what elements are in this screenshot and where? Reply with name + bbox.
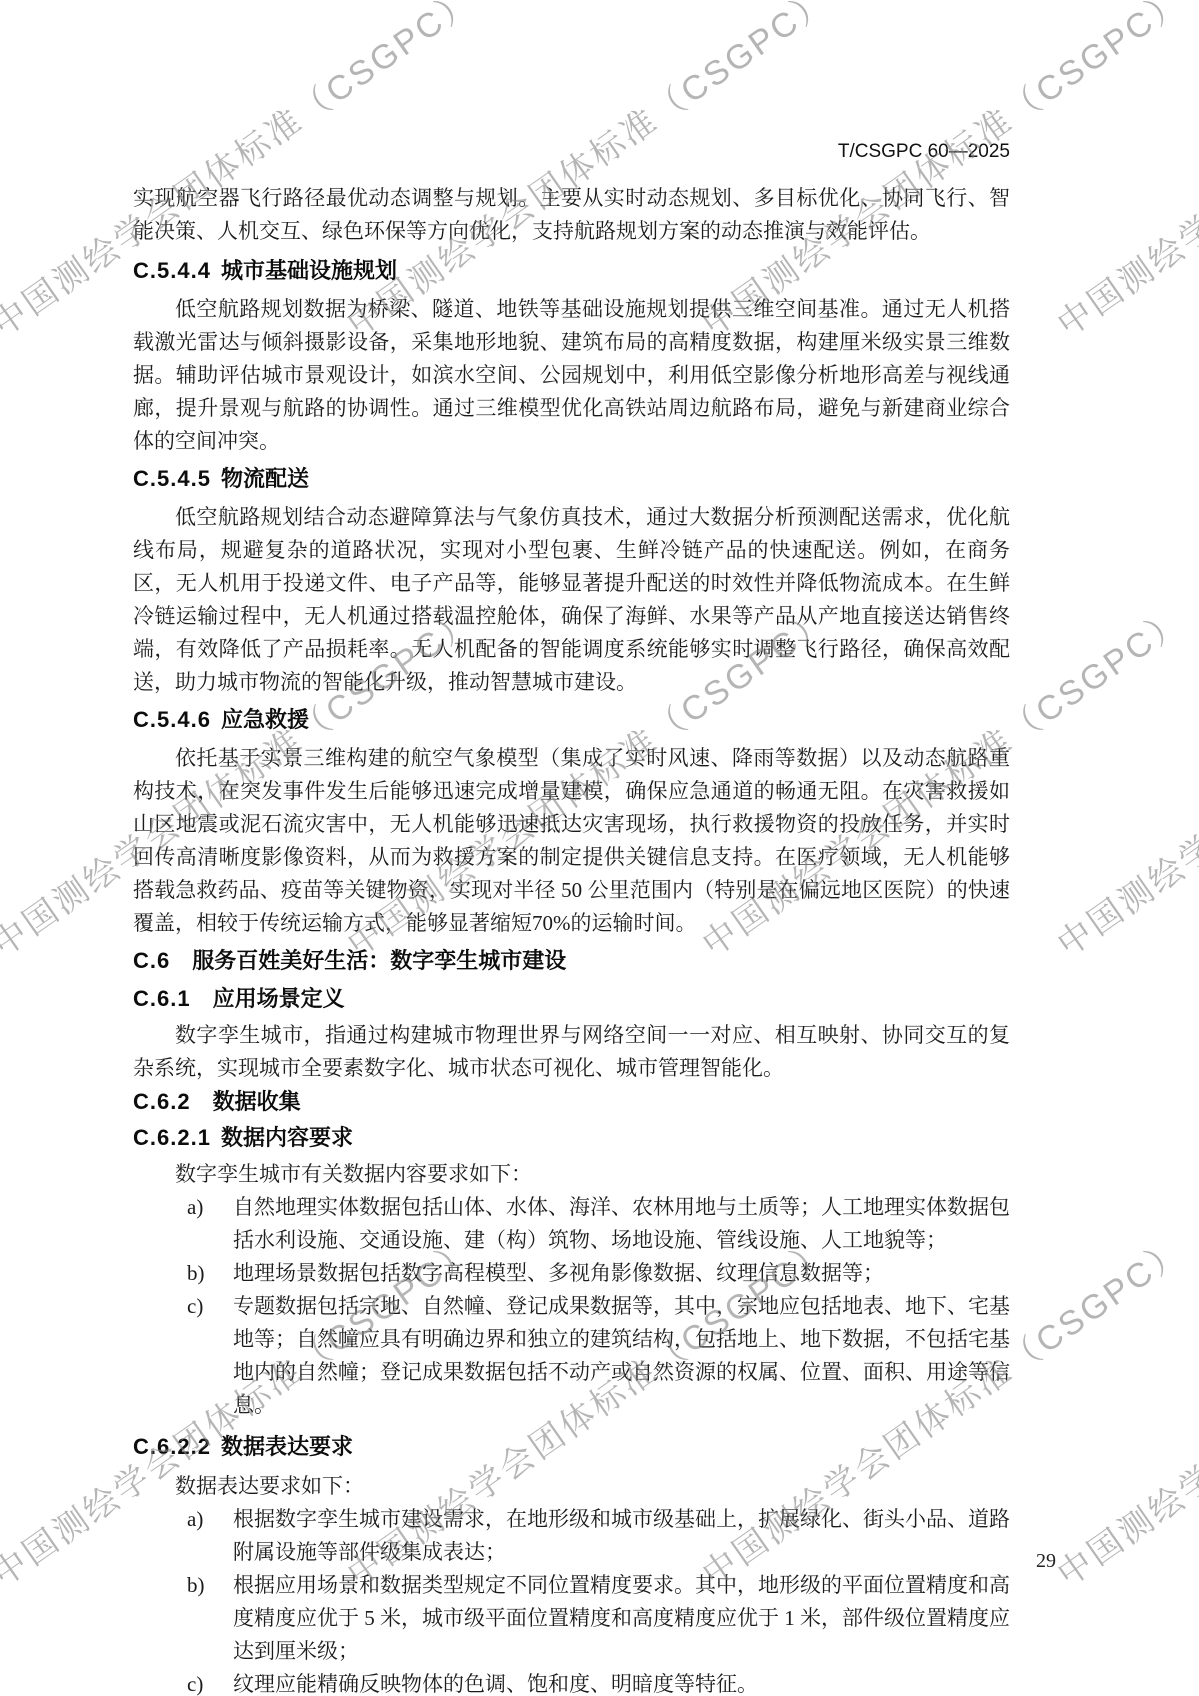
heading-c546: C.5.4.6应急救援 [133,705,1010,735]
document-code: T/CSGPC 60—2025 [133,140,1010,164]
continued-paragraph: 实现航空器飞行路径最优动态调整与规划。主要从实时动态规划、多目标优化、协同飞行、… [133,182,1010,248]
heading-title: 城市基础设施规划 [221,258,397,283]
heading-title: 数据表达要求 [221,1434,353,1459]
list-item-label: b) [187,1257,205,1290]
heading-c545: C.5.4.5物流配送 [133,464,1010,494]
heading-c622: C.6.2.2数据表达要求 [133,1432,1010,1462]
list-item-text: 地理场景数据包括数字高程模型、多视角影像数据、纹理信息数据等； [233,1261,884,1285]
list-item-text: 自然地理实体数据包括山体、水体、海洋、农林用地与土质等；人工地理实体数据包括水利… [233,1195,1010,1252]
heading-c544: C.5.4.4城市基础设施规划 [133,256,1010,286]
heading-number: C.6 [133,948,170,973]
paragraph-c545: 低空航路规划结合动态避障算法与气象仿真技术，通过大数据分析预测配送需求，优化航线… [133,501,1010,699]
heading-title: 数据内容要求 [221,1125,353,1150]
list-item: a) 根据数字孪生城市建设需求，在地形级和城市级基础上，扩展绿化、街头小品、道路… [133,1503,1010,1569]
paragraph-c61: 数字孪生城市，指通过构建城市物理世界与网络空间一一对应、相互映射、协同交互的复杂… [133,1019,1010,1085]
heading-number: C.6.2 [133,1089,191,1114]
list-c622: a) 根据数字孪生城市建设需求，在地形级和城市级基础上，扩展绿化、街头小品、道路… [133,1503,1010,1696]
heading-number: C.6.2.2 [133,1434,211,1459]
page-content: T/CSGPC 60—2025 实现航空器飞行路径最优动态调整与规划。主要从实时… [0,0,1199,1696]
heading-title: 物流配送 [221,466,309,491]
list-intro-c622: 数据表达要求如下： [133,1470,1010,1503]
paragraph-c544: 低空航路规划数据为桥梁、隧道、地铁等基础设施规划提供三维空间基准。通过无人机搭载… [133,293,1010,458]
list-item-text: 纹理应能精确反映物体的色调、饱和度、明暗度等特征。 [233,1672,758,1696]
heading-c61: C.6.1应用场景定义 [133,984,1010,1014]
heading-number: C.6.1 [133,986,191,1011]
paragraph-c546: 依托基于实景三维构建的航空气象模型（集成了实时风速、降雨等数据）以及动态航路重构… [133,742,1010,940]
list-item-label: c) [187,1290,203,1323]
list-item: b) 地理场景数据包括数字高程模型、多视角影像数据、纹理信息数据等； [133,1257,1010,1290]
heading-number: C.6.2.1 [133,1125,211,1150]
list-item-label: a) [187,1191,203,1224]
list-item-label: b) [187,1569,205,1602]
list-item: b) 根据应用场景和数据类型规定不同位置精度要求。其中，地形级的平面位置精度和高… [133,1569,1010,1668]
list-item-text: 专题数据包括宗地、自然幢、登记成果数据等，其中，宗地应包括地表、地下、宅基地等；… [233,1294,1010,1417]
list-intro-c621: 数字孪生城市有关数据内容要求如下： [133,1158,1010,1191]
list-item-text: 根据数字孪生城市建设需求，在地形级和城市级基础上，扩展绿化、街头小品、道路附属设… [233,1507,1010,1564]
heading-title: 应用场景定义 [213,986,345,1011]
list-item: c) 专题数据包括宗地、自然幢、登记成果数据等，其中，宗地应包括地表、地下、宅基… [133,1290,1010,1422]
heading-number: C.5.4.4 [133,258,211,283]
heading-number: C.5.4.5 [133,466,211,491]
document-page: 中国测绘学会团体标准（CSGPC） 中国测绘学会团体标准（CSGPC） 中国测绘… [0,0,1199,1696]
heading-c6: C.6服务百姓美好生活：数字孪生城市建设 [133,946,1010,976]
heading-title: 数据收集 [213,1089,301,1114]
page-number: 29 [1036,1550,1056,1573]
heading-number: C.5.4.6 [133,707,211,732]
heading-c62: C.6.2数据收集 [133,1087,1010,1117]
heading-title: 服务百姓美好生活：数字孪生城市建设 [192,948,566,973]
list-item: a) 自然地理实体数据包括山体、水体、海洋、农林用地与土质等；人工地理实体数据包… [133,1191,1010,1257]
heading-c621: C.6.2.1数据内容要求 [133,1123,1010,1153]
list-item-text: 根据应用场景和数据类型规定不同位置精度要求。其中，地形级的平面位置精度和高度精度… [233,1573,1010,1663]
list-c621: a) 自然地理实体数据包括山体、水体、海洋、农林用地与土质等；人工地理实体数据包… [133,1191,1010,1422]
heading-title: 应急救援 [221,707,309,732]
list-item-label: c) [187,1668,203,1696]
list-item-label: a) [187,1503,203,1536]
list-item: c) 纹理应能精确反映物体的色调、饱和度、明暗度等特征。 [133,1668,1010,1696]
